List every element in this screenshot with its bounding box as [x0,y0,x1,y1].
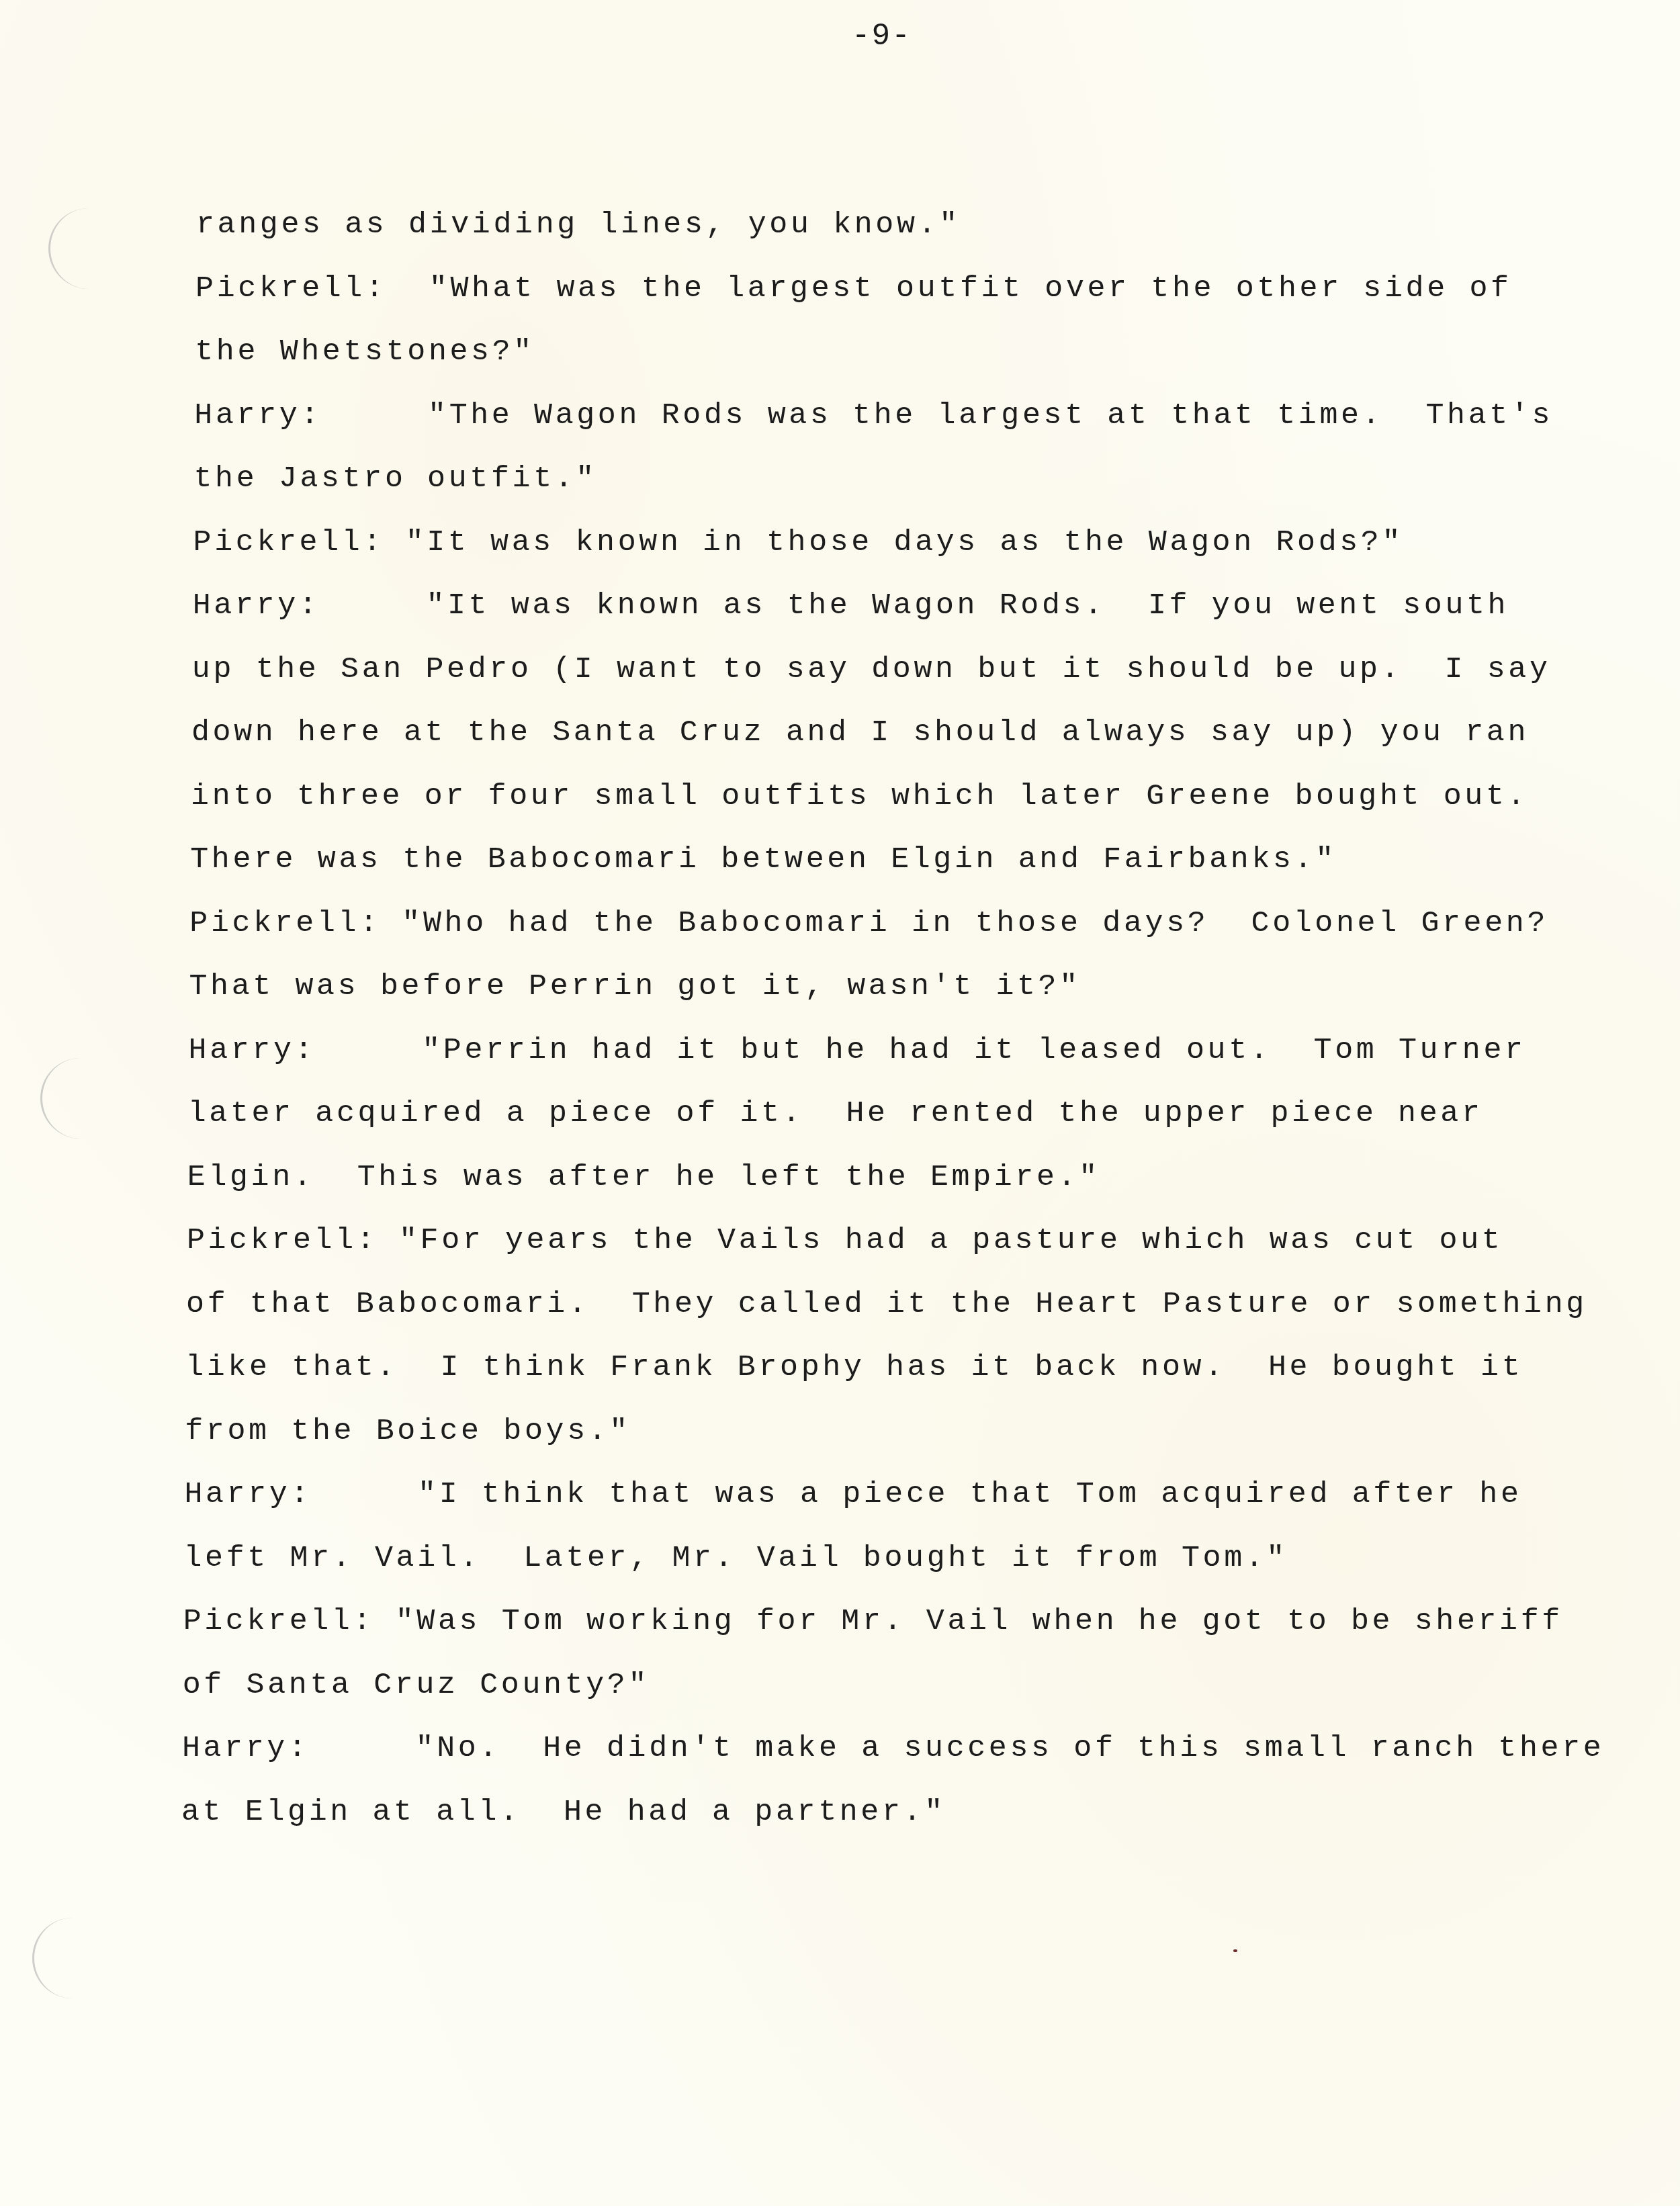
line-text: into three or four small outfits which l… [191,779,1528,813]
transcript-line-pickrell: Pickrell: "For years the Vails had a pas… [187,1225,1503,1255]
transcript-line-continuation: at Elgin at all. He had a partner." [181,1797,946,1827]
line-text: of that Babocomari. They called it the H… [186,1287,1587,1321]
transcript-line-pickrell: Pickrell: "Who had the Babocomari in tho… [189,908,1548,938]
transcript-line-continuation: left Mr. Vail. Later, Mr. Vail bought it… [184,1543,1288,1573]
speaker-label: Harry: [194,400,322,431]
transcript-line-pickrell: Pickrell: "It was known in those days as… [193,527,1403,558]
line-text: from the Boice boys." [185,1414,631,1448]
line-text: "Who had the Babocomari in those days? C… [381,906,1548,940]
line-text: at Elgin at all. He had a partner." [181,1795,946,1829]
line-text: Elgin. This was after he left the Empire… [187,1160,1100,1194]
line-text: "What was the largest outfit over the ot… [387,271,1512,306]
speaker-label: Harry: [193,590,320,621]
line-text: "Perrin had it but he had it leased out.… [316,1033,1526,1067]
line-text: later acquired a piece of it. He rented … [188,1096,1483,1131]
transcript-line-continuation: up the San Pedro (I want to say down but… [192,654,1551,685]
transcript-line-harry: Harry: "The Wagon Rods was the largest a… [194,400,1553,431]
transcript-line-continuation: of that Babocomari. They called it the H… [186,1289,1587,1319]
line-text: "The Wagon Rods was the largest at that … [322,398,1553,433]
line-text: the Whetstones?" [195,335,535,369]
transcript-line-harry: Harry: "No. He didn't make a success of … [182,1733,1605,1763]
transcript-line-continuation: from the Boice boys." [185,1416,631,1446]
speaker-label: Harry: [189,1035,316,1065]
stray-ink-mark [1233,1949,1237,1952]
line-text: "For years the Vails had a pasture which… [378,1223,1503,1258]
line-text: down here at the Santa Cruz and I should… [191,715,1529,750]
transcript-line-continuation: There was the Babocomari between Elgin a… [190,844,1337,875]
line-text: ranges as dividing lines, you know." [196,208,961,242]
line-text: "It was known in those days as the Wagon… [384,525,1403,560]
speaker-label: Harry: [182,1733,310,1763]
line-text: "I think that was a piece that Tom acqui… [312,1477,1521,1511]
speaker-label: Harry: [184,1479,312,1509]
line-text: left Mr. Vail. Later, Mr. Vail bought it… [184,1541,1288,1575]
transcript-line-continuation: the Jastro outfit." [193,464,596,494]
transcript-line-pickrell: Pickrell: "Was Tom working for Mr. Vail … [183,1606,1563,1636]
line-text: the Jastro outfit." [193,461,596,496]
line-text: "No. He didn't make a success of this sm… [310,1731,1605,1765]
transcript-line-continuation: into three or four small outfits which l… [191,781,1528,811]
speaker-label: Pickrell: [187,1225,378,1255]
line-text: of Santa Cruz County?" [183,1668,650,1702]
speaker-label: Pickrell: [183,1606,374,1636]
transcript-line-continuation: down here at the Santa Cruz and I should… [191,717,1529,748]
speaker-label: Pickrell: [193,527,384,558]
transcript-line-continuation: later acquired a piece of it. He rented … [188,1098,1483,1129]
transcript-line-continuation: of Santa Cruz County?" [183,1670,650,1700]
transcript-line-continuation: like that. I think Frank Brophy has it b… [185,1352,1523,1382]
line-text: "Was Tom working for Mr. Vail when he go… [374,1604,1563,1638]
transcript-line-pickrell: Pickrell: "What was the largest outfit o… [195,273,1512,304]
transcript-line-continuation: the Whetstones?" [195,337,535,367]
transcript-line-harry: Harry: "I think that was a piece that To… [184,1479,1521,1509]
line-text: "It was known as the Wagon Rods. If you … [320,588,1509,623]
line-text: That was before Perrin got it, wasn't it… [189,969,1080,1004]
transcript-line-continuation: ranges as dividing lines, you know." [196,210,961,240]
page-number: -9- [852,19,912,54]
line-text: There was the Babocomari between Elgin a… [190,842,1337,877]
speaker-label: Pickrell: [189,908,380,938]
line-text: like that. I think Frank Brophy has it b… [185,1350,1523,1384]
transcript-line-harry: Harry: "It was known as the Wagon Rods. … [193,590,1509,621]
line-text: up the San Pedro (I want to say down but… [192,652,1551,687]
transcript-line-harry: Harry: "Perrin had it but he had it leas… [189,1035,1526,1065]
speaker-label: Pickrell: [195,273,386,304]
transcript-line-continuation: Elgin. This was after he left the Empire… [187,1162,1100,1192]
transcript-line-continuation: That was before Perrin got it, wasn't it… [189,971,1080,1002]
